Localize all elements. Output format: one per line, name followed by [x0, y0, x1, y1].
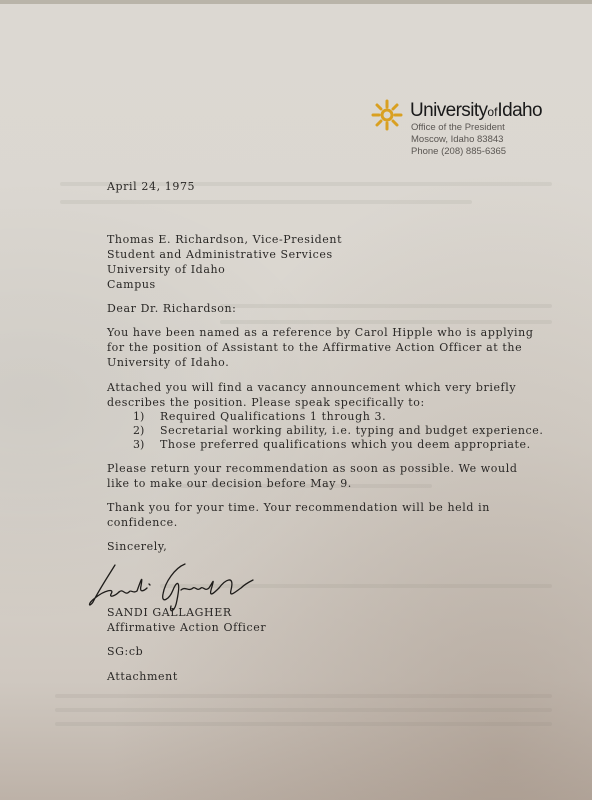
- recipient-line: Thomas E. Richardson, Vice-President: [107, 233, 342, 246]
- enclosure-note: Attachment: [107, 670, 178, 683]
- salutation: Dear Dr. Richardson:: [107, 302, 236, 315]
- phone-line: Phone (208) 885-6365: [411, 146, 506, 157]
- list-item-number: 2): [133, 424, 144, 437]
- address-line: Moscow, Idaho 83843: [411, 134, 503, 145]
- signer-title: Affirmative Action Officer: [107, 621, 266, 634]
- paragraph-2-line: Attached you will find a vacancy announc…: [107, 381, 516, 394]
- bleed-through-line: [220, 304, 552, 308]
- list-item-text: Required Qualifications 1 through 3.: [160, 410, 386, 423]
- paragraph-3-line: like to make our decision before May 9.: [107, 477, 352, 490]
- list-item-text: Those preferred qualifications which you…: [160, 438, 531, 451]
- paragraph-1-line: You have been named as a reference by Ca…: [107, 326, 534, 339]
- bleed-through-line: [60, 200, 472, 204]
- bleed-through-line: [220, 320, 552, 324]
- signer-name: SANDI GALLAGHER: [107, 606, 232, 619]
- institution-name: UniversityofIdaho: [410, 100, 542, 122]
- list-item-number: 1): [133, 410, 144, 423]
- recipient-line: University of Idaho: [107, 263, 225, 276]
- list-item-number: 3): [133, 438, 144, 451]
- paragraph-4-line: confidence.: [107, 516, 178, 529]
- recipient-line: Student and Administrative Services: [107, 248, 333, 261]
- paragraph-1-line: University of Idaho.: [107, 356, 229, 369]
- recipient-line: Campus: [107, 278, 156, 291]
- paragraph-3-line: Please return your recommendation as soo…: [107, 462, 517, 475]
- bleed-through-line: [55, 722, 552, 726]
- sunburst-logo-icon: [370, 98, 404, 132]
- bleed-through-line: [55, 708, 552, 712]
- paragraph-4-line: Thank you for your time. Your recommenda…: [107, 501, 490, 514]
- closing: Sincerely,: [107, 540, 167, 553]
- list-item-text: Secretarial working ability, i.e. typing…: [160, 424, 543, 437]
- paragraph-1-line: for the position of Assistant to the Aff…: [107, 341, 522, 354]
- office-line: Office of the President: [411, 122, 505, 133]
- bleed-through-line: [55, 694, 552, 698]
- typist-initials: SG:cb: [107, 645, 143, 658]
- paragraph-2-line: describes the position. Please speak spe…: [107, 396, 425, 409]
- letter-date: April 24, 1975: [107, 180, 195, 193]
